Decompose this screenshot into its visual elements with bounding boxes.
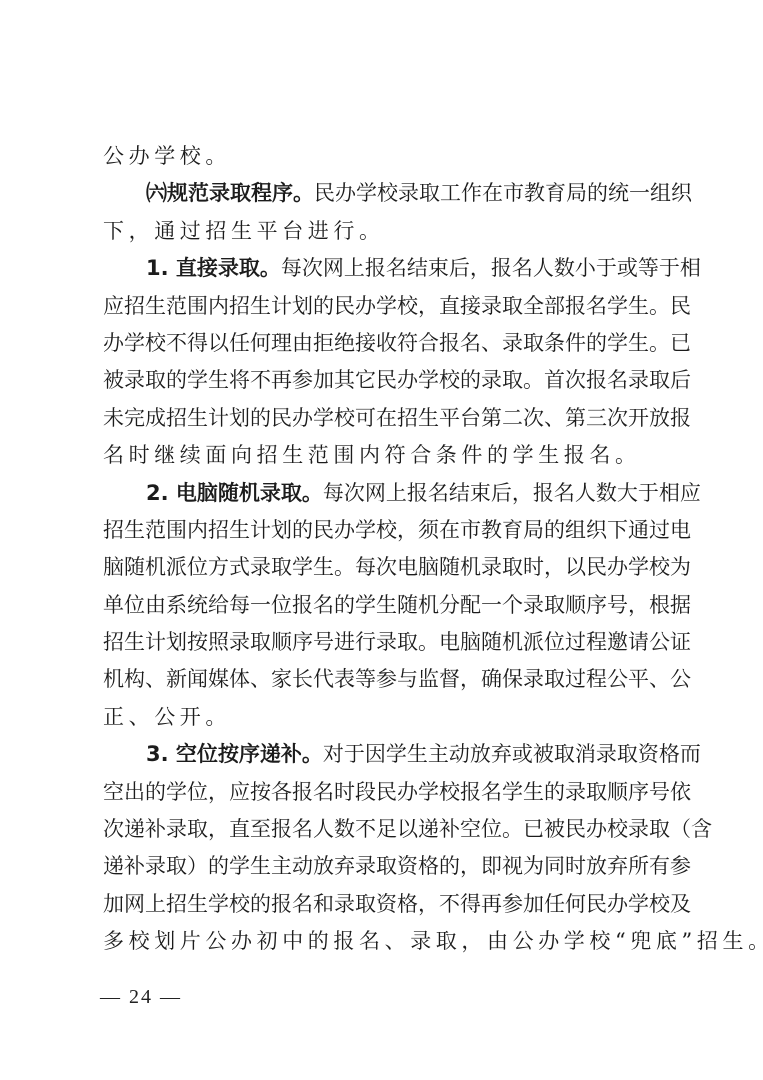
page-number: — 24 — <box>100 986 182 1009</box>
text-line: 办学校不得以任何理由拒绝接收符合报名、录取条件的学生。已 <box>103 325 669 362</box>
text-line: 下，通过招生平台进行。 <box>103 213 669 250</box>
text-line: 机构、新闻媒体、家长代表等参与监督，确保录取过程公平、公 <box>103 661 669 698</box>
text-line: 次递补录取，直至报名人数不足以递补空位。已被民办校录取（含 <box>103 811 669 848</box>
text-line: 应招生范围内招生计划的民办学校，直接录取全部报名学生。民 <box>103 288 669 325</box>
text-line: 脑随机派位方式录取学生。每次电脑随机录取时，以民办学校为 <box>103 549 669 586</box>
subsection-heading: 1. 直接录取。 <box>146 256 281 280</box>
section-heading-line: ㈥规范录取程序。民办学校录取工作在市教育局的统一组织 <box>103 175 669 212</box>
text-line: 招生范围内招生计划的民办学校，须在市教育局的组织下通过电 <box>103 512 669 549</box>
document-page: 公办学校。 ㈥规范录取程序。民办学校录取工作在市教育局的统一组织 下，通过招生平… <box>0 0 763 1080</box>
text-line: 正、公开。 <box>103 699 669 736</box>
text-line: 递补录取）的学生主动放弃录取资格的，即视为同时放弃所有参 <box>103 848 669 885</box>
subsection-heading-line: 2. 电脑随机录取。每次网上报名结束后，报名人数大于相应 <box>103 475 669 512</box>
text-line: 公办学校。 <box>103 138 669 175</box>
text-line: 未完成招生计划的民办学校可在招生平台第二次、第三次开放报 <box>103 400 669 437</box>
subsection-heading-line: 1. 直接录取。每次网上报名结束后，报名人数小于或等于相 <box>103 250 669 287</box>
text-line: 名时继续面向招生范围内符合条件的学生报名。 <box>103 437 669 474</box>
text-line: 加网上招生学校的报名和录取资格，不得再参加任何民办学校及 <box>103 886 669 923</box>
text-line: 多校划片公办初中的报名、录取，由公办学校“兜底”招生。 <box>103 923 669 960</box>
section-heading: ㈥规范录取程序。 <box>146 181 314 205</box>
body-text: 公办学校。 ㈥规范录取程序。民办学校录取工作在市教育局的统一组织 下，通过招生平… <box>103 138 669 961</box>
subsection-heading: 3. 空位按序递补。 <box>146 742 323 766</box>
subsection-heading-line: 3. 空位按序递补。对于因学生主动放弃或被取消录取资格而 <box>103 736 669 773</box>
subsection-heading: 2. 电脑随机录取。 <box>146 481 323 505</box>
text-line: 单位由系统给每一位报名的学生随机分配一个录取顺序号，根据 <box>103 587 669 624</box>
text-line: 空出的学位，应按各报名时段民办学校报名学生的录取顺序号依 <box>103 774 669 811</box>
text-line: 招生计划按照录取顺序号进行录取。电脑随机派位过程邀请公证 <box>103 624 669 661</box>
text-line: 被录取的学生将不再参加其它民办学校的录取。首次报名录取后 <box>103 362 669 399</box>
